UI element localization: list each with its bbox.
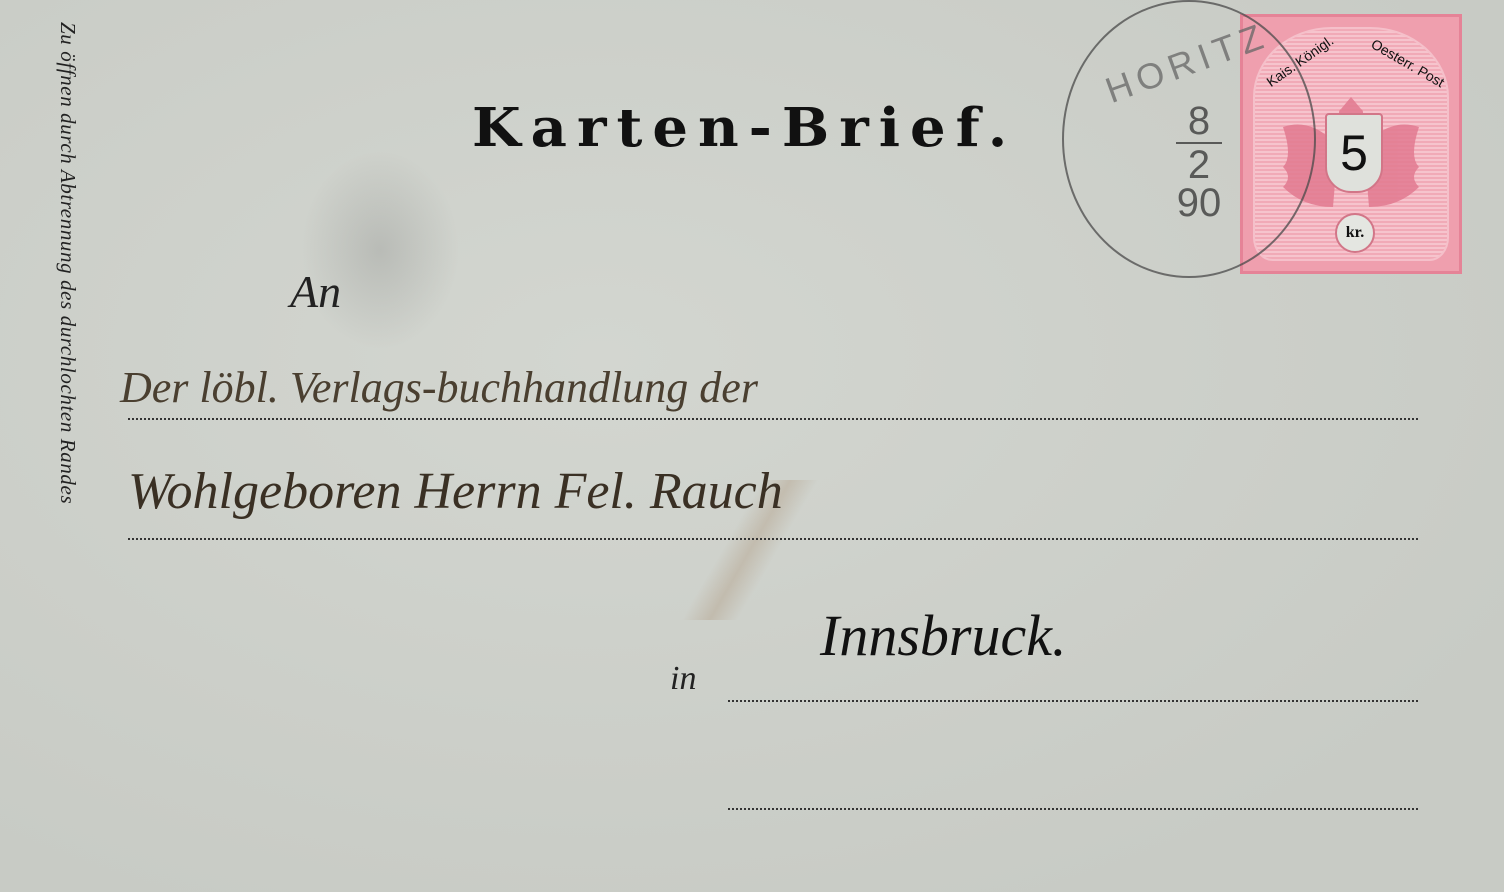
- postmark-year: 90: [1176, 184, 1222, 222]
- postmark-day: 8: [1176, 102, 1222, 140]
- stamp-currency: kr.: [1335, 213, 1375, 253]
- handwritten-line-2: Wohlgeboren Herrn Fel. Rauch: [128, 462, 783, 521]
- stamp-value: 5: [1325, 113, 1383, 193]
- postmark-month: 2: [1176, 146, 1222, 184]
- address-line-3: [728, 700, 1418, 702]
- side-instruction: Zu öffnen durch Abtrennung des durchloch…: [48, 22, 88, 822]
- card-title: Karten-Brief.: [472, 97, 1017, 160]
- handwritten-city: Innsbruck.: [820, 602, 1066, 669]
- postmark-date: 8 2 90: [1176, 102, 1222, 222]
- handwritten-line-1: Der löbl. Verlags-buchhandlung der: [120, 362, 758, 413]
- postmark-town: HORITZ: [1100, 14, 1274, 112]
- address-line-4: [728, 808, 1418, 810]
- letter-card: Zu öffnen durch Abtrennung des durchloch…: [0, 0, 1504, 892]
- ink-smudge: [300, 150, 460, 350]
- city-prefix: in: [670, 660, 696, 698]
- address-prefix: An: [290, 265, 341, 318]
- side-instruction-text: Zu öffnen durch Abtrennung des durchloch…: [55, 22, 80, 504]
- postmark: HORITZ 8 2 90: [1062, 0, 1316, 278]
- address-line-1: [128, 418, 1418, 420]
- address-line-2: [128, 538, 1418, 540]
